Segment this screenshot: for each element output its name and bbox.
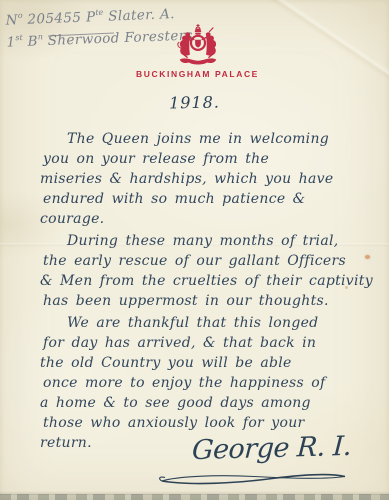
letter-line: miseries & hardships, which you have [40, 169, 375, 189]
letter-line: has been uppermost in our thoughts. [43, 291, 375, 311]
letter-line: the old Country you will be able [40, 353, 375, 373]
pencil-annotation: No 205455 Pte Slater. A. 1st Bn Sherwood… [5, 0, 193, 51]
letter-date: 1918. [0, 90, 389, 116]
battalion-abbr-sup: n [38, 32, 43, 41]
soldier-name: Slater. A. [108, 6, 175, 25]
letter-line: During these many months of trial, [40, 231, 375, 251]
signature-flourish [156, 469, 350, 487]
letter-line: courage. [40, 209, 375, 229]
abbr-number-sup: o [18, 11, 23, 20]
paper-bottom-shadow [0, 491, 389, 495]
service-number: 205455 [27, 10, 82, 28]
paragraph-1: The Queen joins me in welcoming you on y… [40, 129, 375, 229]
letter-line: a home & to see good days among [40, 393, 375, 413]
letter-line: those who anxiously look for your [43, 413, 375, 433]
rank: P [86, 9, 96, 25]
letter-line: for day has arrived, & that back in [43, 333, 375, 353]
paragraph-2: During these many months of trial, the e… [40, 231, 375, 311]
letterhead-title: BUCKINGHAM PALACE [0, 69, 389, 79]
flourish-strokes [160, 475, 345, 484]
royal-signature: George R. I. [191, 431, 352, 466]
abbr-number: N [5, 12, 18, 28]
letter-line: the early rescue of our gallant Officers [43, 251, 375, 271]
letter-body: The Queen joins me in welcoming you on y… [40, 129, 375, 453]
rank-sup: te [95, 8, 103, 17]
letter-line: The Queen joins me in welcoming [40, 129, 375, 149]
letter-line: once more to enjoy the happiness of [43, 373, 375, 393]
letter-line: endured with so much patience & [43, 189, 375, 209]
crest-shapes [178, 24, 216, 64]
letter-page: No 205455 Pte Slater. A. 1st Bn Sherwood… [0, 0, 389, 500]
paper-scan-edge [0, 494, 389, 500]
letter-line: you on your release from the [43, 149, 375, 169]
royal-coat-of-arms-icon [172, 24, 224, 70]
letter-line: We are thankful that this longed [40, 313, 375, 333]
letter-line: & Men from the cruelties of their captiv… [40, 271, 375, 291]
unit-number-sup: st [15, 33, 23, 42]
